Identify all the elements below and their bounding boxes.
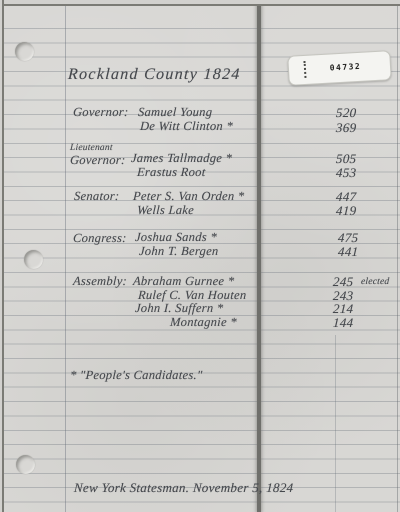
candidate-name: Joshua Sands *	[135, 230, 218, 245]
vote-count: 369	[336, 120, 357, 136]
candidate-name: Erastus Root	[137, 165, 206, 180]
vote-count: 144	[333, 315, 354, 331]
office-label-senator: Senator:	[74, 189, 120, 204]
vote-count: 441	[338, 244, 359, 260]
office-label-lieutenant: Lieutenant	[70, 143, 113, 153]
page-title: Rockland County 1824	[68, 66, 242, 84]
page-top-edge	[0, 0, 400, 6]
candidate-name: Montagnie *	[170, 315, 238, 330]
right-page-edge	[397, 4, 398, 512]
source-citation: New York Statesman. November 5, 1824	[74, 480, 294, 496]
elected-note: elected	[361, 277, 390, 287]
office-label-governor: Governor:	[73, 105, 129, 120]
vote-count: 419	[336, 203, 357, 219]
ruled-lines	[0, 28, 400, 512]
office-label-assembly: Assembly:	[73, 274, 128, 289]
candidate-name: John T. Bergen	[139, 244, 219, 259]
catalog-sticker: 04732	[287, 50, 392, 86]
margin-line	[65, 4, 66, 512]
candidate-name: John I. Suffern *	[135, 301, 224, 316]
punch-hole-top	[15, 42, 34, 61]
candidate-name: James Tallmadge *	[131, 151, 233, 166]
scanned-document-page: Rockland County 1824 Governor: Samuel Yo…	[0, 0, 400, 512]
office-label-congress: Congress:	[73, 231, 127, 246]
candidate-name: Peter S. Van Orden *	[133, 189, 245, 204]
page-left-edge	[0, 0, 4, 512]
vote-count: 520	[336, 105, 357, 121]
punch-hole-bottom	[16, 455, 35, 474]
underlying-page-edge	[335, 335, 336, 512]
candidate-name: De Witt Clinton *	[140, 119, 234, 134]
candidate-name: Wells Lake	[137, 203, 195, 218]
footnote: * "People's Candidates."	[70, 368, 203, 383]
office-label-lt-governor: Governor:	[70, 153, 126, 168]
vote-count: 453	[336, 165, 357, 181]
catalog-number: 04732	[301, 60, 390, 74]
candidate-name: Samuel Young	[138, 105, 213, 120]
center-fold-line	[257, 0, 261, 512]
candidate-name: Abraham Gurnee *	[133, 274, 235, 289]
punch-hole-middle	[24, 250, 43, 269]
